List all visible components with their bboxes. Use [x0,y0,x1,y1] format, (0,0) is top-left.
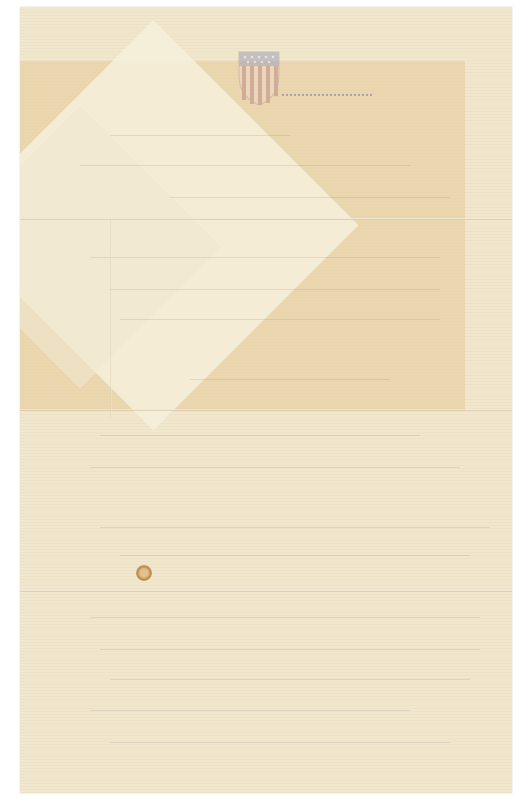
shield-crest-icon [236,49,282,107]
fold-line [20,590,512,592]
letter-sheet: Faint bleed-through of handwriting from … [20,7,512,793]
fold-line [20,218,512,220]
fold-line [20,409,512,411]
foxing-spot [136,565,152,581]
document-description: Faint bleed-through of handwriting from … [20,7,21,8]
letterhead-text-bleed [282,94,372,99]
crease-line [110,219,112,419]
